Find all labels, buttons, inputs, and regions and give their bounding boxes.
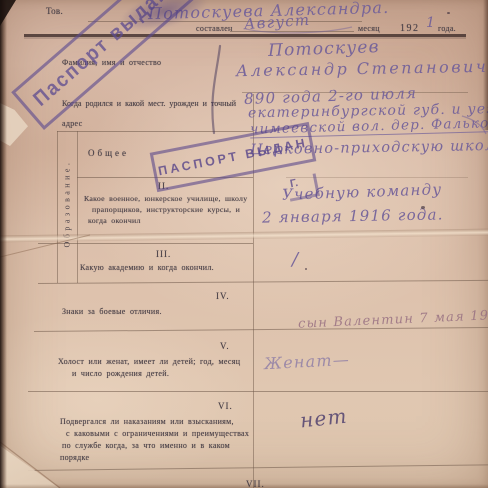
row-academy-number: III. xyxy=(156,249,171,259)
ink-speck xyxy=(447,12,450,14)
given-name-handwritten: Александр Степанович xyxy=(236,57,488,80)
table-left-vline xyxy=(57,131,58,283)
row-penalties-number: VI. xyxy=(218,401,233,411)
tov-label: Тов. xyxy=(46,6,63,16)
ink-speck xyxy=(305,268,307,270)
education-strip-vline xyxy=(77,131,78,283)
birth-field-label-line1: Когда родился и какой мест. урожден и то… xyxy=(62,99,236,108)
table-top-rule xyxy=(57,131,253,132)
year-suffix: года. xyxy=(438,24,456,33)
year-prefix: 192 xyxy=(400,23,420,34)
row-penalties-answer-handwritten: нет xyxy=(299,404,349,433)
rule-below-family xyxy=(28,391,488,392)
scanned-service-record-form: Тов. Потоскуева Александра. составлен Ав… xyxy=(0,0,488,488)
row-academy-answer-handwritten: / xyxy=(292,249,299,270)
scan-corner-topleft xyxy=(0,0,16,26)
row-family-q2: и число рождения детей. xyxy=(72,369,169,378)
row-family-answer-handwritten: Женат— xyxy=(264,350,351,373)
row-penalties-q2: с каковыми с ограничениями и преимуществ… xyxy=(66,429,249,438)
row-penalties-q3: по службе когда, за что именно и в каком xyxy=(62,441,230,450)
birth-field-label-line2: адрес xyxy=(62,119,82,128)
row-penalties-q4: порядке xyxy=(60,453,89,462)
rule-below-penalties xyxy=(28,464,488,471)
ink-speck xyxy=(421,206,425,209)
bottom-left-fold xyxy=(0,438,62,488)
rule-below-academy xyxy=(38,280,488,284)
pen-stroke xyxy=(212,46,220,133)
scan-edge-left xyxy=(0,0,7,488)
year-digit-handwritten: 1 xyxy=(426,15,436,31)
passport-issued-box-stamp-text: ПАСПОРТ ВЫДАН xyxy=(157,136,309,179)
education-vertical-label: Образование. xyxy=(63,133,72,275)
scan-edge-bottom xyxy=(0,484,488,488)
compiled-month-handwritten: Август xyxy=(243,11,310,34)
surname-handwritten: Потоскуев xyxy=(268,37,380,61)
month-label: месяц xyxy=(358,24,380,33)
row-military-q3: когда окончил xyxy=(88,216,141,225)
row-general-title: Общее xyxy=(88,148,129,158)
horizontal-crease xyxy=(0,229,488,243)
row-military-q2: прапорщиков, инструкторские курсы, и xyxy=(92,205,240,214)
row-awards-number: IV. xyxy=(216,291,230,301)
rule-below-awards xyxy=(34,327,488,332)
scan-edge-right xyxy=(483,0,488,130)
row-military-q1: Какое военное, юнкерское училище, школу xyxy=(84,194,247,203)
row-military-answer2-handwritten: 2 января 1916 года. xyxy=(262,205,444,226)
compiled-label: составлен xyxy=(196,24,233,33)
row-awards-question: Знаки за боевые отличия. xyxy=(62,307,162,316)
row-penalties-q1: Подвергался ли наказаниям или взысканиям… xyxy=(60,417,234,426)
row-academy-question: Какую академию и когда окончил. xyxy=(80,263,214,272)
row-family-q1: Холост или женат, имеет ли детей; год, м… xyxy=(58,357,240,366)
row-family-number: V. xyxy=(220,341,230,351)
